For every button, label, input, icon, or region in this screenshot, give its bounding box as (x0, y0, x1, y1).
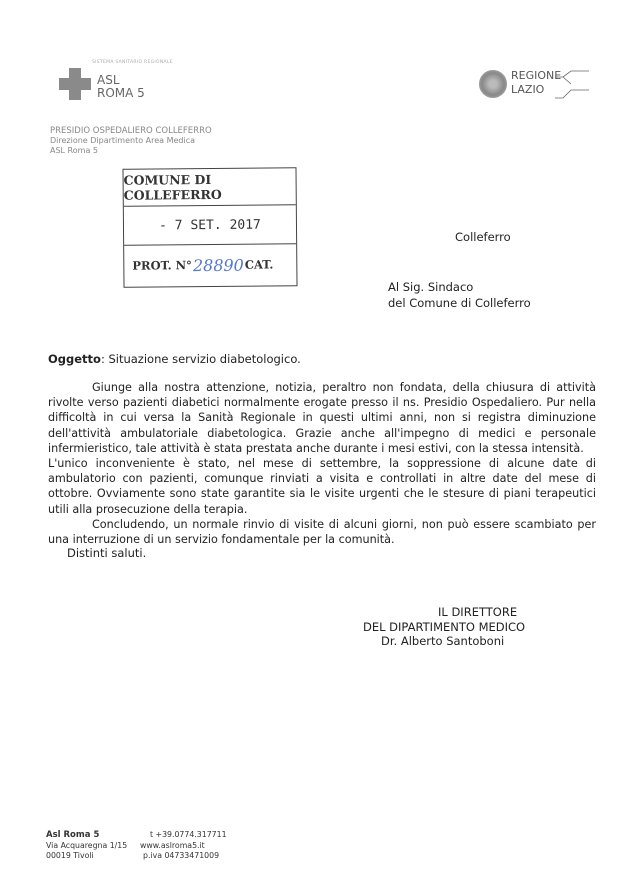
subject-line: Oggetto: Situazione servizio diabetologi… (48, 352, 301, 366)
footer-vat: p.iva 04733471009 (140, 851, 227, 862)
presidio-asl: ASL Roma 5 (50, 146, 212, 156)
footer-street: Via Acquaregna 1/15 (46, 841, 127, 852)
stamp-protocol: PROT. N° 28890 CAT. (124, 244, 296, 285)
recipient-line2: del Comune di Colleferro (388, 295, 531, 311)
regione-emblem-icon (479, 70, 507, 98)
paragraph: Giunge alla nostra attenzione, notizia, … (48, 380, 596, 456)
footer-contacts: t +39.0774.317711 www.aslroma5.it p.iva … (140, 830, 227, 862)
region-line1: REGIONE (511, 69, 561, 83)
footer-org: Asl Roma 5 (46, 830, 127, 841)
footer-phone: t +39.0774.317711 (140, 830, 227, 841)
subject-label: Oggetto (48, 352, 101, 366)
region-line2: LAZIO (511, 83, 561, 97)
signature-name: Dr. Alberto Santoboni (363, 634, 525, 649)
paragraph: L'unico inconveniente è stato, nel mese … (48, 456, 596, 517)
subject-text: : Situazione servizio diabetologico. (101, 352, 301, 366)
signature-title: IL DIRETTORE (363, 605, 525, 620)
asl-tagline: Sistema Sanitario Regionale (92, 60, 173, 65)
presidio-block: PRESIDIO OSPEDALIERO COLLEFERRO Direzion… (50, 126, 212, 156)
footer-address: Asl Roma 5 Via Acquaregna 1/15 00019 Tiv… (46, 830, 127, 862)
closing: Distinti saluti. (67, 546, 146, 560)
recipient-line1: Al Sig. Sindaco (388, 279, 531, 295)
regione-lazio-logo: REGIONE LAZIO (511, 69, 561, 97)
recipient-block: Al Sig. Sindaco del Comune di Colleferro (388, 279, 531, 311)
regione-lines-icon (555, 70, 590, 100)
protocol-stamp: COMUNE DI COLLEFERRO - 7 SET. 2017 PROT.… (122, 167, 297, 288)
footer-city: 00019 Tivoli (46, 851, 127, 862)
signature-block: IL DIRETTORE DEL DIPARTIMENTO MEDICO Dr.… (363, 605, 525, 649)
stamp-cat-label: CAT. (245, 257, 274, 271)
asl-name: ASL ROMA 5 (97, 74, 145, 100)
paragraph: Concludendo, un normale rinvio di visite… (48, 517, 596, 547)
stamp-date: - 7 SET. 2017 (124, 205, 296, 245)
letter-place: Colleferro (455, 230, 511, 244)
stamp-title: COMUNE DI COLLEFERRO (123, 168, 295, 206)
footer-website[interactable]: www.aslroma5.it (140, 841, 227, 852)
stamp-prot-number: 28890 (193, 255, 244, 274)
asl-cross-logo-icon (59, 68, 91, 100)
signature-department: DEL DIPARTIMENTO MEDICO (363, 620, 525, 635)
asl-name-line2: ROMA 5 (97, 87, 145, 100)
presidio-department: Direzione Dipartimento Area Medica (50, 136, 212, 146)
presidio-name: PRESIDIO OSPEDALIERO COLLEFERRO (50, 126, 212, 136)
letter-body: Giunge alla nostra attenzione, notizia, … (48, 380, 596, 547)
stamp-prot-label: PROT. N° (132, 258, 192, 273)
